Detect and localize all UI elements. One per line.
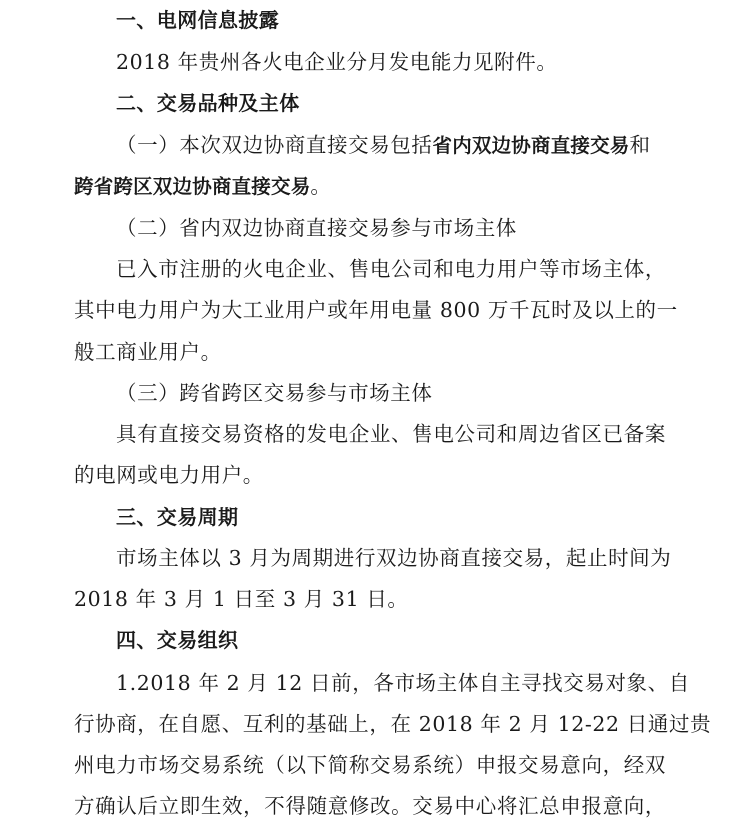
bold-text-run: 跨省跨区双边协商直接交易 xyxy=(74,175,310,198)
paragraph-continuation: 州电力市场交易系统（以下简称交易系统）申报交易意向，经双 xyxy=(74,745,666,786)
section-heading-trade-types: 二、交易品种及主体 xyxy=(116,83,666,124)
text-run: 。 xyxy=(310,174,331,198)
section-heading-trade-period: 三、交易周期 xyxy=(116,497,666,538)
bold-text-run: 省内双边协商直接交易 xyxy=(433,134,630,157)
section-heading-trade-organization: 四、交易组织 xyxy=(116,620,666,661)
text-run: 和 xyxy=(630,133,651,157)
paragraph-continuation: 的电网或电力用户。 xyxy=(74,455,666,496)
paragraph: 已入市注册的火电企业、售电公司和电力用户等市场主体， xyxy=(116,249,666,290)
paragraph: 2018 年贵州各火电企业分月发电能力见附件。 xyxy=(116,42,666,83)
section-heading-grid-info: 一、电网信息披露 xyxy=(116,0,666,41)
text-run: （一）本次双边协商直接交易包括 xyxy=(116,133,433,157)
paragraph: 市场主体以 3 月为周期进行双边协商直接交易，起止时间为 xyxy=(116,538,666,579)
subsection-title: （三）跨省跨区交易参与市场主体 xyxy=(116,373,666,414)
document-page: 一、电网信息披露 2018 年贵州各火电企业分月发电能力见附件。 二、交易品种及… xyxy=(0,0,746,831)
paragraph: 具有直接交易资格的发电企业、售电公司和周边省区已备案 xyxy=(116,414,666,455)
paragraph-continuation: 行协商，在自愿、互利的基础上，在 2018 年 2 月 12-22 日通过贵 xyxy=(74,704,666,745)
paragraph: 1.2018 年 2 月 12 日前，各市场主体自主寻找交易对象、自 xyxy=(116,663,666,704)
paragraph-continuation: 跨省跨区双边协商直接交易。 xyxy=(74,166,666,207)
paragraph-continuation: 方确认后立即生效，不得随意修改。交易中心将汇总申报意向， xyxy=(74,786,666,827)
paragraph-continuation: 2018 年 3 月 1 日至 3 月 31 日。 xyxy=(74,579,666,620)
paragraph: （一）本次双边协商直接交易包括省内双边协商直接交易和 xyxy=(116,125,666,166)
subsection-title: （二）省内双边协商直接交易参与市场主体 xyxy=(116,208,666,249)
paragraph-continuation: 其中电力用户为大工业用户或年用电量 800 万千瓦时及以上的一 xyxy=(74,290,666,331)
paragraph-continuation: 般工商业用户。 xyxy=(74,332,666,373)
